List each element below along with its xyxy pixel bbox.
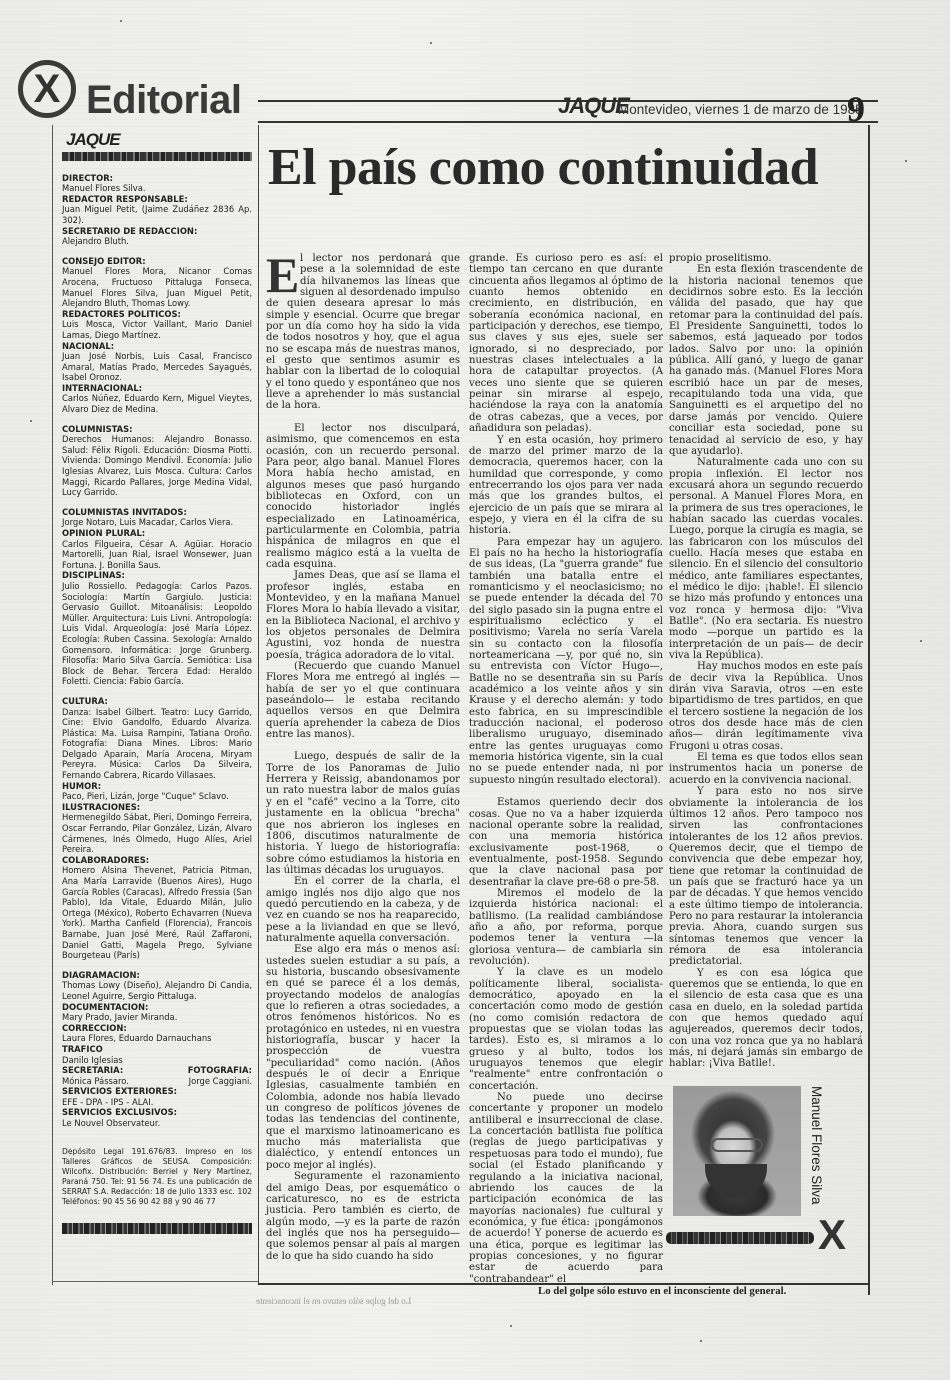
newspaper-page: X Editorial JAQUE Montevideo, viernes 1 …: [0, 0, 950, 1380]
staff-entry: COLUMNISTAS:Derechos Humanos: Alejandro …: [62, 424, 252, 498]
staff-label: COLABORADORES:: [62, 855, 252, 866]
author-photo: [673, 1086, 801, 1216]
column-divider: [258, 125, 259, 1285]
staff-label: DOCUMENTACION:: [62, 1002, 252, 1013]
sidebar-brand-logo: JAQUE: [66, 135, 252, 146]
staff-label: SERVICIOS EXCLUSIVOS:: [62, 1107, 252, 1118]
staff-entry: DOCUMENTACION:Mary Prado, Javier Miranda…: [62, 1002, 252, 1023]
paragraph-text: En el correr de la charla, el amigo ingl…: [266, 876, 460, 944]
paragraph-text: El lector nos disculpará, asimismo, que …: [266, 423, 460, 570]
staff-entry: TRAFICODanilo Iglesias: [62, 1044, 252, 1065]
paper-speck: [510, 1325, 512, 1327]
article-paragraph: En el correr de la charla, el amigo ingl…: [266, 876, 460, 944]
paragraph-text: Miremos el modelo de la izquierda histór…: [469, 888, 663, 967]
staff-label: SECRETARIO DE REDACCION:: [62, 226, 252, 237]
staff-entry: HUMOR:Paco, Pieri, Lizán, Jorge "Cuque" …: [62, 781, 252, 802]
decorative-band: [62, 152, 252, 161]
staff-text: Derechos Humanos: Alejandro Bonasso. Sal…: [62, 434, 252, 498]
staff-text: Juan Miguel Petit, (Jaime Zudáñez 2836 A…: [62, 204, 252, 225]
article-paragraph: No puede uno decirse concertante y propo…: [469, 1092, 663, 1285]
article-paragraph: grande. Es curioso pero es así: el tiemp…: [469, 253, 663, 435]
drop-cap: E: [266, 255, 296, 295]
paragraph-text: Y la clave es un modelo políticamente li…: [469, 967, 663, 1091]
x-mark-icon: X: [818, 1214, 846, 1256]
staff-label: CONSEJO EDITOR:: [62, 256, 252, 267]
staff-text: Jorge Notaro, Luis Macadar, Carlos Viera…: [62, 517, 252, 528]
paragraph-text: El tema es que todos ellos sean instrume…: [669, 752, 863, 786]
staff-label: SERVICIOS EXTERIORES:: [62, 1086, 252, 1097]
staff-text: Hermenegildo Sábat, Pieri, Domingo Ferre…: [62, 812, 252, 854]
beard-shape: [705, 1164, 767, 1198]
staff-entry: REDACTORES POLITICOS:Luis Mosca, Victor …: [62, 309, 252, 341]
staff-text: Danza: Isabel Gilbert. Teatro: Lucy Garr…: [62, 707, 252, 781]
headline: El país como continuidad: [268, 140, 868, 196]
photo-caption: Manuel Flores Silva: [808, 1086, 824, 1216]
article-paragraph: Y es con esa lógica que queremos que se …: [669, 968, 863, 1070]
staff-label: REDACTORES POLITICOS:: [62, 309, 252, 320]
staff-entry: SECRETARIO DE REDACCION:Alejandro Bluth.: [62, 226, 252, 247]
staff-split-labels: SECRETARIA: FOTOGRAFIA:: [62, 1065, 252, 1076]
article-paragraph: Para empezar hay un agujero. El país no …: [469, 537, 663, 787]
paper-speck: [120, 20, 122, 22]
staff-text: Laura Flores, Eduardo Darnauchans: [62, 1033, 252, 1044]
article-paragraph: En esta flexión trascendente de la histo…: [669, 264, 863, 457]
paper-speck: [430, 42, 432, 44]
staff-label: TRAFICO: [62, 1044, 252, 1055]
paragraph-text: Estamos queriendo decir dos cosas. Que n…: [469, 797, 663, 887]
paragraph-text: propio proselitismo.: [669, 253, 771, 264]
staff-label: CORRECCION:: [62, 1023, 252, 1034]
staff-label: INTERNACIONAL:: [62, 383, 252, 394]
paper-speck: [30, 420, 32, 422]
article-paragraph: (Recuerdo que cuando Manuel Flores Mora …: [266, 661, 460, 740]
staff-entry: ILUSTRACIONES:Hermenegildo Sábat, Pieri,…: [62, 802, 252, 855]
frame-border: [868, 125, 870, 1295]
staff-text: Luis Mosca, Victor Vaillant, Mario Danie…: [62, 319, 252, 340]
paragraph-text: Seguramente el razonamiento del amigo De…: [266, 1171, 460, 1261]
staff-entry: INTERNACIONAL:Carlos Núñez, Eduardo Kern…: [62, 383, 252, 415]
legal-notice: Depósito Legal 191.676/83. Impreso en lo…: [62, 1147, 252, 1207]
paper-speck: [905, 160, 907, 162]
section-title: Editorial: [86, 78, 242, 123]
paragraph-text: grande. Es curioso pero es así: el tiemp…: [469, 253, 663, 434]
paper-speck: [920, 640, 922, 642]
staff-text: Juan José Norbis, Luis Casal, Francisco …: [62, 351, 252, 383]
staff-text: Danilo Iglesias: [62, 1055, 252, 1066]
staff-label: HUMOR:: [62, 781, 252, 792]
paragraph-text: Luego, después de salir de la Torre de l…: [266, 751, 460, 875]
staff-text: EFE - DPA - IPS - ALAI.: [62, 1097, 252, 1108]
article-paragraph: Naturalmente cada uno con su propia infl…: [669, 457, 863, 661]
article-paragraph: Seguramente el razonamiento del amigo De…: [266, 1171, 460, 1262]
staff-entry: OPINION PLURAL:Carlos Filgueira, César A…: [62, 528, 252, 570]
staff-entry: CONSEJO EDITOR:Manuel Flores Mora, Nican…: [62, 256, 252, 309]
staff-entry: DIAGRAMACION:Thomas Lowy (Diseño), Aleja…: [62, 970, 252, 1002]
article-paragraph: El tema es que todos ellos sean instrume…: [669, 752, 863, 786]
paragraph-text: Ese algo era más o menos así: ustedes su…: [266, 944, 460, 1171]
article-paragraph: Ese algo era más o menos así: ustedes su…: [266, 944, 460, 1171]
column-divider: [52, 125, 53, 1285]
paragraph-text: James Deas, que así se llama el profesor…: [266, 570, 460, 660]
article-column-2: grande. Es curioso pero es así: el tiemp…: [469, 253, 663, 1285]
staff-text: Manuel Flores Silva.: [62, 183, 252, 194]
staff-text: Paco, Pieri, Lizán, Jorge "Cuque" Sclavo…: [62, 791, 252, 802]
staff-entry: DIRECTOR:Manuel Flores Silva.: [62, 173, 252, 194]
staff-label: SECRETARIA:: [62, 1065, 123, 1076]
staff-label: ILUSTRACIONES:: [62, 802, 252, 813]
masthead-rule: [258, 121, 878, 123]
frame-border: [52, 1281, 258, 1282]
staff-entry: CORRECCION:Laura Flores, Eduardo Darnauc…: [62, 1023, 252, 1044]
signature-band: [666, 1232, 814, 1244]
paragraph-text: No puede uno decirse concertante y propo…: [469, 1092, 663, 1285]
article-paragraph: El lector nos perdonará que pese a la so…: [266, 253, 460, 412]
staff-entry: CULTURA:Danza: Isabel Gilbert. Teatro: L…: [62, 696, 252, 781]
staff-entry: DISCIPLINAS:Julio Rossiello. Pedagogía: …: [62, 570, 252, 687]
staff-label: COLUMNISTAS:: [62, 424, 252, 435]
article-paragraph: Luego, después de salir de la Torre de l…: [266, 751, 460, 876]
paragraph-text: En esta flexión trascendente de la histo…: [669, 264, 863, 457]
staff-list: DIRECTOR:Manuel Flores Silva.REDACTOR RE…: [62, 173, 252, 1066]
staff-text: Le Nouvel Observateur.: [62, 1118, 252, 1129]
article-paragraph: Y la clave es un modelo políticamente li…: [469, 967, 663, 1092]
staff-text: Julio Rossiello. Pedagogía: Carlos Pazos…: [62, 581, 252, 687]
staff-text: Manuel Flores Mora, Nicanor Comas Arocen…: [62, 266, 252, 308]
bleed-through-text: Lo del golpe sólo estuvo en el inconscie…: [256, 1296, 411, 1306]
paragraph-text: Y para esto no nos sirve obviamente la i…: [669, 786, 863, 967]
article-paragraph: Estamos queriendo decir dos cosas. Que n…: [469, 797, 663, 888]
staff-label: CULTURA:: [62, 696, 252, 707]
glasses-shape: [711, 1138, 763, 1152]
staff-entry: COLUMNISTAS INVITADOS:Jorge Notaro, Luis…: [62, 507, 252, 528]
article-paragraph: Hay muchos modos en este país de decir v…: [669, 661, 863, 752]
paragraph-text: Y es con esa lógica que queremos que se …: [669, 968, 863, 1070]
paragraph-text: Para empezar hay un agujero. El país no …: [469, 537, 663, 786]
staff-entry: REDACTOR RESPONSABLE:Juan Miguel Petit, …: [62, 194, 252, 226]
staff-text: Alejandro Bluth.: [62, 236, 252, 247]
staff-text: Mónica Pássaro.: [62, 1076, 129, 1087]
article-paragraph: Y en esta ocasión, hoy primero de marzo …: [469, 435, 663, 537]
staff-text: Carlos Filgueira, César A. Agüiar. Horac…: [62, 539, 252, 571]
page-number: 9: [847, 88, 865, 130]
staff-label: FOTOGRAFIA:: [188, 1065, 252, 1076]
article-column-1: El lector nos perdonará que pese a la so…: [266, 253, 460, 1262]
staff-box: JAQUE DIRECTOR:Manuel Flores Silva.REDAC…: [62, 135, 252, 1234]
x-logo-icon: X: [18, 60, 76, 118]
staff-text: Carlos Núñez, Eduardo Kern, Miguel Vieyt…: [62, 393, 252, 414]
paragraph-text: Naturalmente cada uno con su propia infl…: [669, 457, 863, 661]
article-paragraph: propio proselitismo.: [669, 253, 863, 264]
staff-entry: COLABORADORES:Homero Alsina Thevenet, Pa…: [62, 855, 252, 961]
staff-label: REDACTOR RESPONSABLE:: [62, 194, 252, 205]
article-paragraph: El lector nos disculpará, asimismo, que …: [266, 423, 460, 570]
staff-label: COLUMNISTAS INVITADOS:: [62, 507, 252, 518]
staff-label: DIRECTOR:: [62, 173, 252, 184]
paragraph-text: Y en esta ocasión, hoy primero de marzo …: [469, 435, 663, 537]
staff-label: DIAGRAMACION:: [62, 970, 252, 981]
dateline: Montevideo, viernes 1 de marzo de 1985: [618, 102, 863, 117]
staff-text: Jorge Caggiani.: [189, 1076, 252, 1087]
article-paragraph: Y para esto no nos sirve obviamente la i…: [669, 786, 863, 968]
article-column-3: propio proselitismo.En esta flexión tras…: [669, 253, 863, 1070]
article-paragraph: Miremos el modelo de la izquierda histór…: [469, 888, 663, 967]
bottom-quote: Lo del golpe sólo estuvo en el inconscie…: [538, 1285, 786, 1297]
staff-text: Homero Alsina Thevenet, Patricia Pitman,…: [62, 865, 252, 960]
staff-label: NACIONAL:: [62, 341, 252, 352]
staff-label: OPINION PLURAL:: [62, 528, 252, 539]
staff-text: Thomas Lowy (Diseño), Alejandro Di Candi…: [62, 980, 252, 1001]
article-paragraph: James Deas, que así se llama el profesor…: [266, 570, 460, 661]
paragraph-text: (Recuerdo que cuando Manuel Flores Mora …: [266, 661, 460, 740]
paragraph-text: Hay muchos modos en este país de decir v…: [669, 661, 863, 751]
staff-entry: NACIONAL:Juan José Norbis, Luis Casal, F…: [62, 341, 252, 383]
masthead: X Editorial JAQUE Montevideo, viernes 1 …: [18, 60, 876, 122]
staff-split-names: Mónica Pássaro. Jorge Caggiani.: [62, 1076, 252, 1087]
staff-text: Mary Prado, Javier Miranda.: [62, 1012, 252, 1023]
staff-label: DISCIPLINAS:: [62, 570, 252, 581]
paper-speck: [700, 1340, 702, 1342]
decorative-band: [62, 1223, 252, 1234]
